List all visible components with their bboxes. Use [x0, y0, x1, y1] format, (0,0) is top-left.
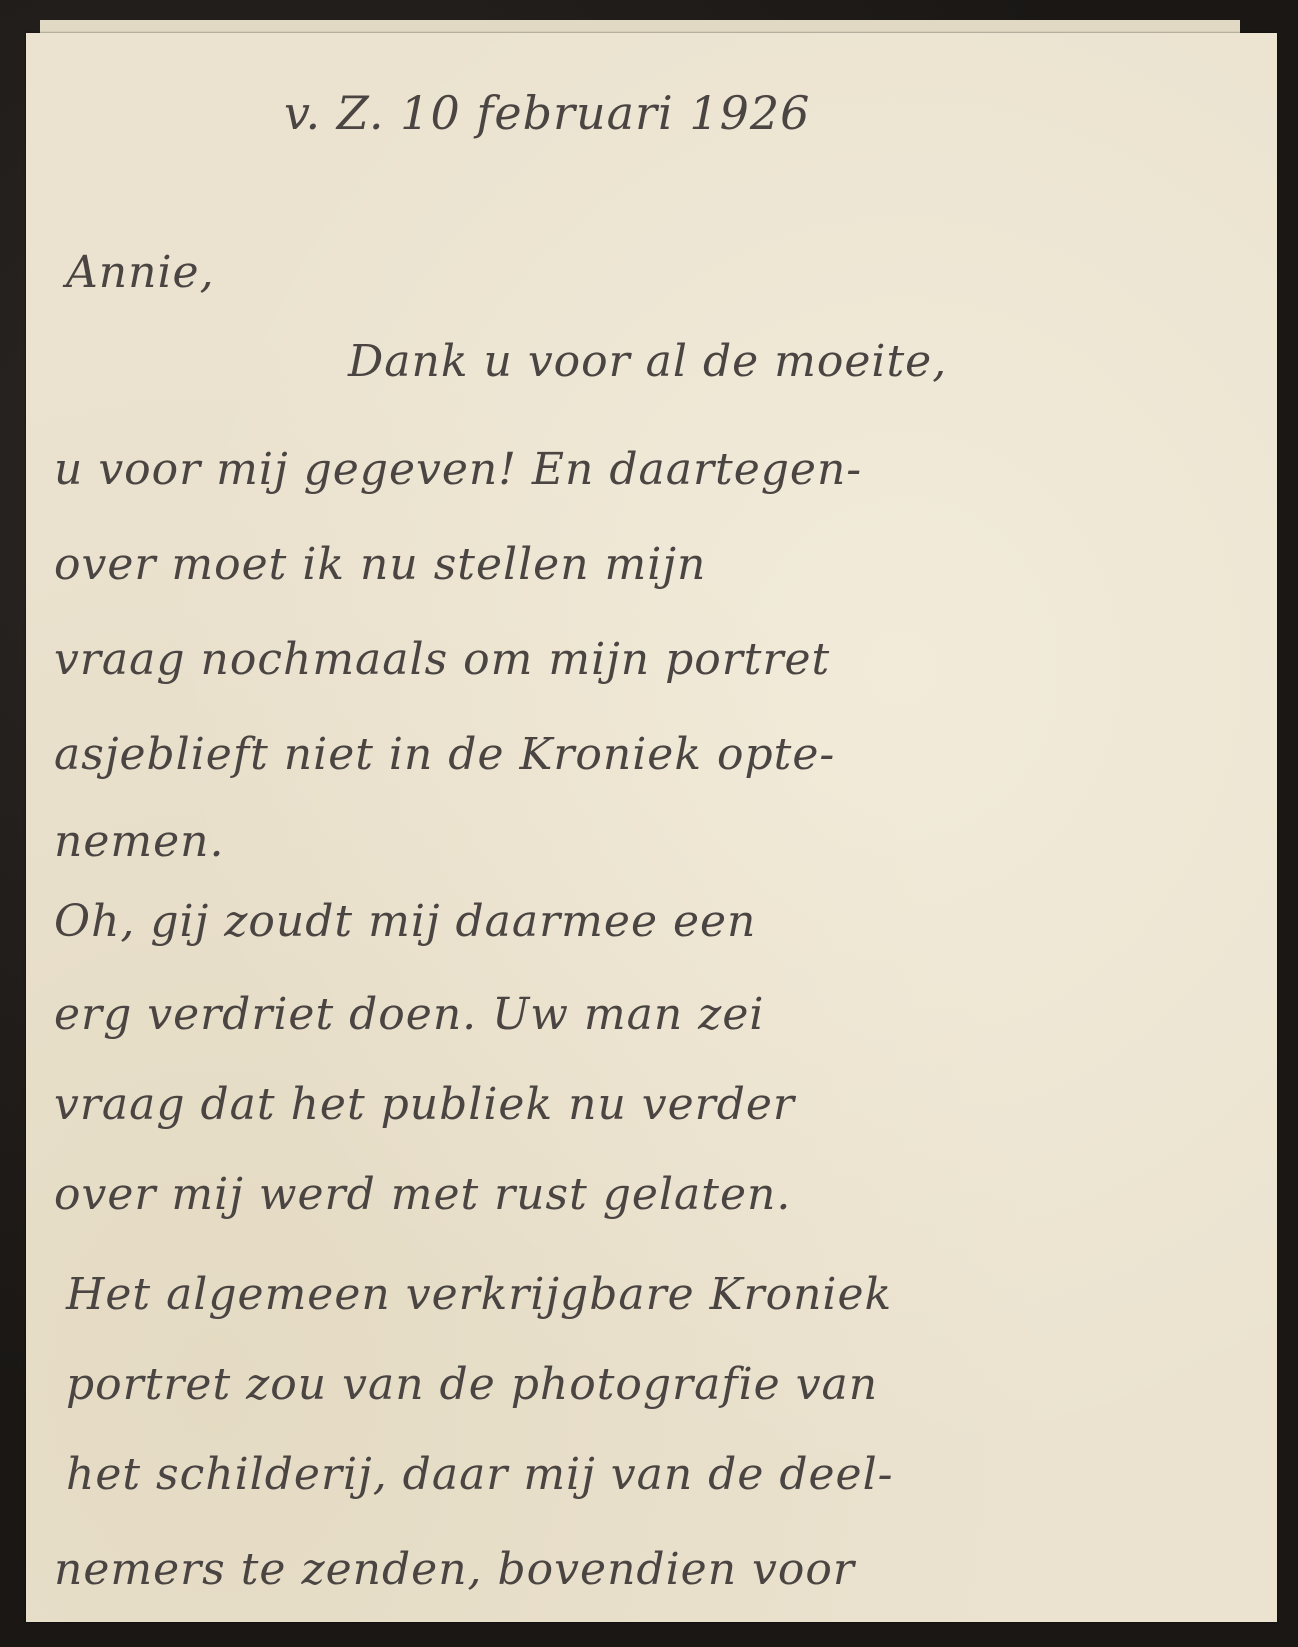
letter-line: asjeblieft niet in de Kroniek opte-	[54, 733, 835, 777]
letter-line: vraag nochmaals om mijn portret	[54, 638, 830, 682]
underlying-sheet-edge	[40, 20, 1240, 34]
letter-line: erg verdriet doen. Uw man zei	[54, 993, 764, 1037]
letter-line: vraag dat het publiek nu verder	[54, 1083, 795, 1127]
letter-salutation: Annie,	[66, 251, 215, 295]
letter-line: Oh, gij zoudt mij daarmee een	[54, 900, 756, 944]
letter-line: over moet ik nu stellen mijn	[54, 543, 706, 587]
letter-line: het schilderij, daar mij van de deel-	[66, 1453, 894, 1497]
letter-date: v. Z. 10 februari 1926	[284, 90, 810, 136]
letter-line: nemen.	[54, 820, 224, 864]
letter-line: nemers te zenden, bovendien voor	[54, 1548, 855, 1592]
letter-line: portret zou van de photografie van	[66, 1363, 878, 1407]
letter-line: Dank u voor al de moeite,	[348, 340, 947, 384]
letter-page: v. Z. 10 februari 1926 Annie, Dank u voo…	[26, 33, 1277, 1622]
letter-line: Het algemeen verkrijgbare Kroniek	[66, 1273, 892, 1317]
letter-line: over mij werd met rust gelaten.	[54, 1173, 791, 1217]
letter-line: u voor mij gegeven! En daartegen-	[54, 448, 862, 492]
